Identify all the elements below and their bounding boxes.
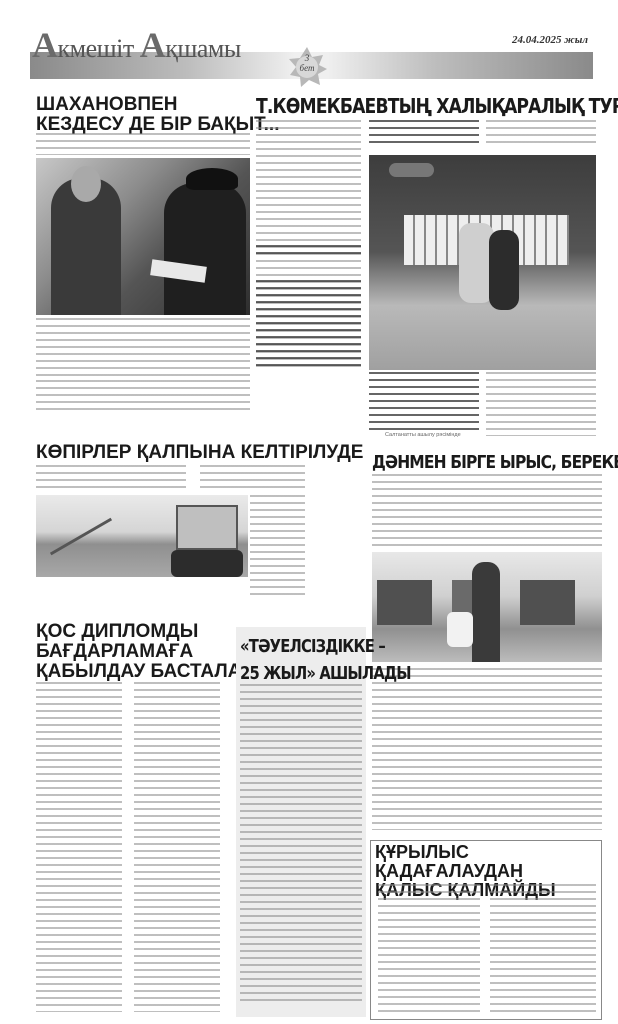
kemekbaev-col1-bold-2 (256, 280, 361, 370)
photo-farmer (472, 562, 500, 662)
page-number: 3 бет (287, 53, 327, 73)
photo-clock (389, 163, 434, 177)
headline-line: 25 ЖЫЛ» АШЫЛАДЫ (240, 660, 411, 687)
dan-text (372, 474, 602, 550)
kos-diplom-col2 (134, 682, 220, 1012)
bridges-col1 (36, 465, 186, 493)
photo-hat (186, 168, 238, 190)
headline-line: ШАХАНОВПЕН (36, 95, 279, 115)
issue-date: 24.04.2025 жыл (512, 34, 588, 46)
headline-line: «ТӘУЕЛСІЗДІККЕ – (240, 633, 411, 660)
photo-roller-cab (176, 505, 238, 550)
headline-dan: ДӘНМЕН БІРГЕ ЫРЫС, БЕРЕКЕ... (372, 454, 618, 472)
headline-line: ҚҰРЫЛЫС ҚАДАҒАЛАУДАН (375, 843, 618, 881)
headline-kemekbaev: Т.КӨМЕКБАЕВТЫҢ ХАЛЫҚАРАЛЫҚ ТУРНИРІ (256, 96, 618, 116)
kurylys-col2 (490, 884, 596, 1012)
tauelsizdik-text (240, 684, 362, 1004)
newspaper-logo: Акмешіт Ақшамы (32, 30, 241, 64)
logo-cap-1: А (32, 25, 58, 65)
shakhanov-body-2 (36, 380, 250, 410)
photo-face-left (71, 166, 101, 202)
photo-figure-right (164, 183, 246, 315)
photo-wrestler-2 (489, 230, 519, 310)
kemekbaev-col3 (486, 120, 596, 148)
kos-diplom-col1 (36, 682, 122, 1012)
headline-bridges: КӨПІРЛЕР ҚАЛПЫНА КЕЛТІРІЛУДЕ (36, 443, 363, 463)
page-number-value: 3 (287, 53, 327, 63)
logo-text-2: қшамы (165, 34, 241, 63)
headline-tauelsizdik: «ТӘУЕЛСІЗДІККЕ – 25 ЖЫЛ» АШЫЛАДЫ (240, 633, 411, 687)
kemekbaev-col2-bottom (369, 372, 479, 432)
logo-text-1: кмешіт (58, 34, 140, 63)
photo-tractor-3 (520, 580, 575, 625)
kemekbaev-col2-bold (369, 120, 479, 148)
kurylys-col1 (378, 884, 480, 1012)
photo-roller-wheels (171, 550, 243, 577)
shakhanov-body (36, 318, 250, 378)
photo-crane (50, 518, 112, 556)
bridges-col2 (200, 465, 305, 493)
photo-tractor-1 (377, 580, 432, 625)
kemekbaev-col1-bold (256, 245, 361, 259)
wrestling-photo (369, 155, 596, 370)
kemekbaev-col3-bottom (486, 372, 596, 436)
dan-bottom-text (372, 668, 602, 830)
headline-shakhanov: ШАХАНОВПЕН КЕЗДЕСУ ДЕ БІР БАҚЫТ... (36, 95, 279, 135)
logo-cap-2: А (140, 25, 166, 65)
kemekbaev-caption: Салтанатты ашылу рәсімінде (385, 432, 475, 439)
headline-line: КЕЗДЕСУ ДЕ БІР БАҚЫТ... (36, 115, 279, 135)
bridges-col2-continued (250, 495, 305, 595)
shakhanov-photo (36, 158, 250, 315)
road-roller-photo (36, 495, 248, 577)
photo-sack (447, 612, 473, 647)
page-word: бет (287, 63, 327, 73)
shakhanov-lead (36, 133, 250, 155)
